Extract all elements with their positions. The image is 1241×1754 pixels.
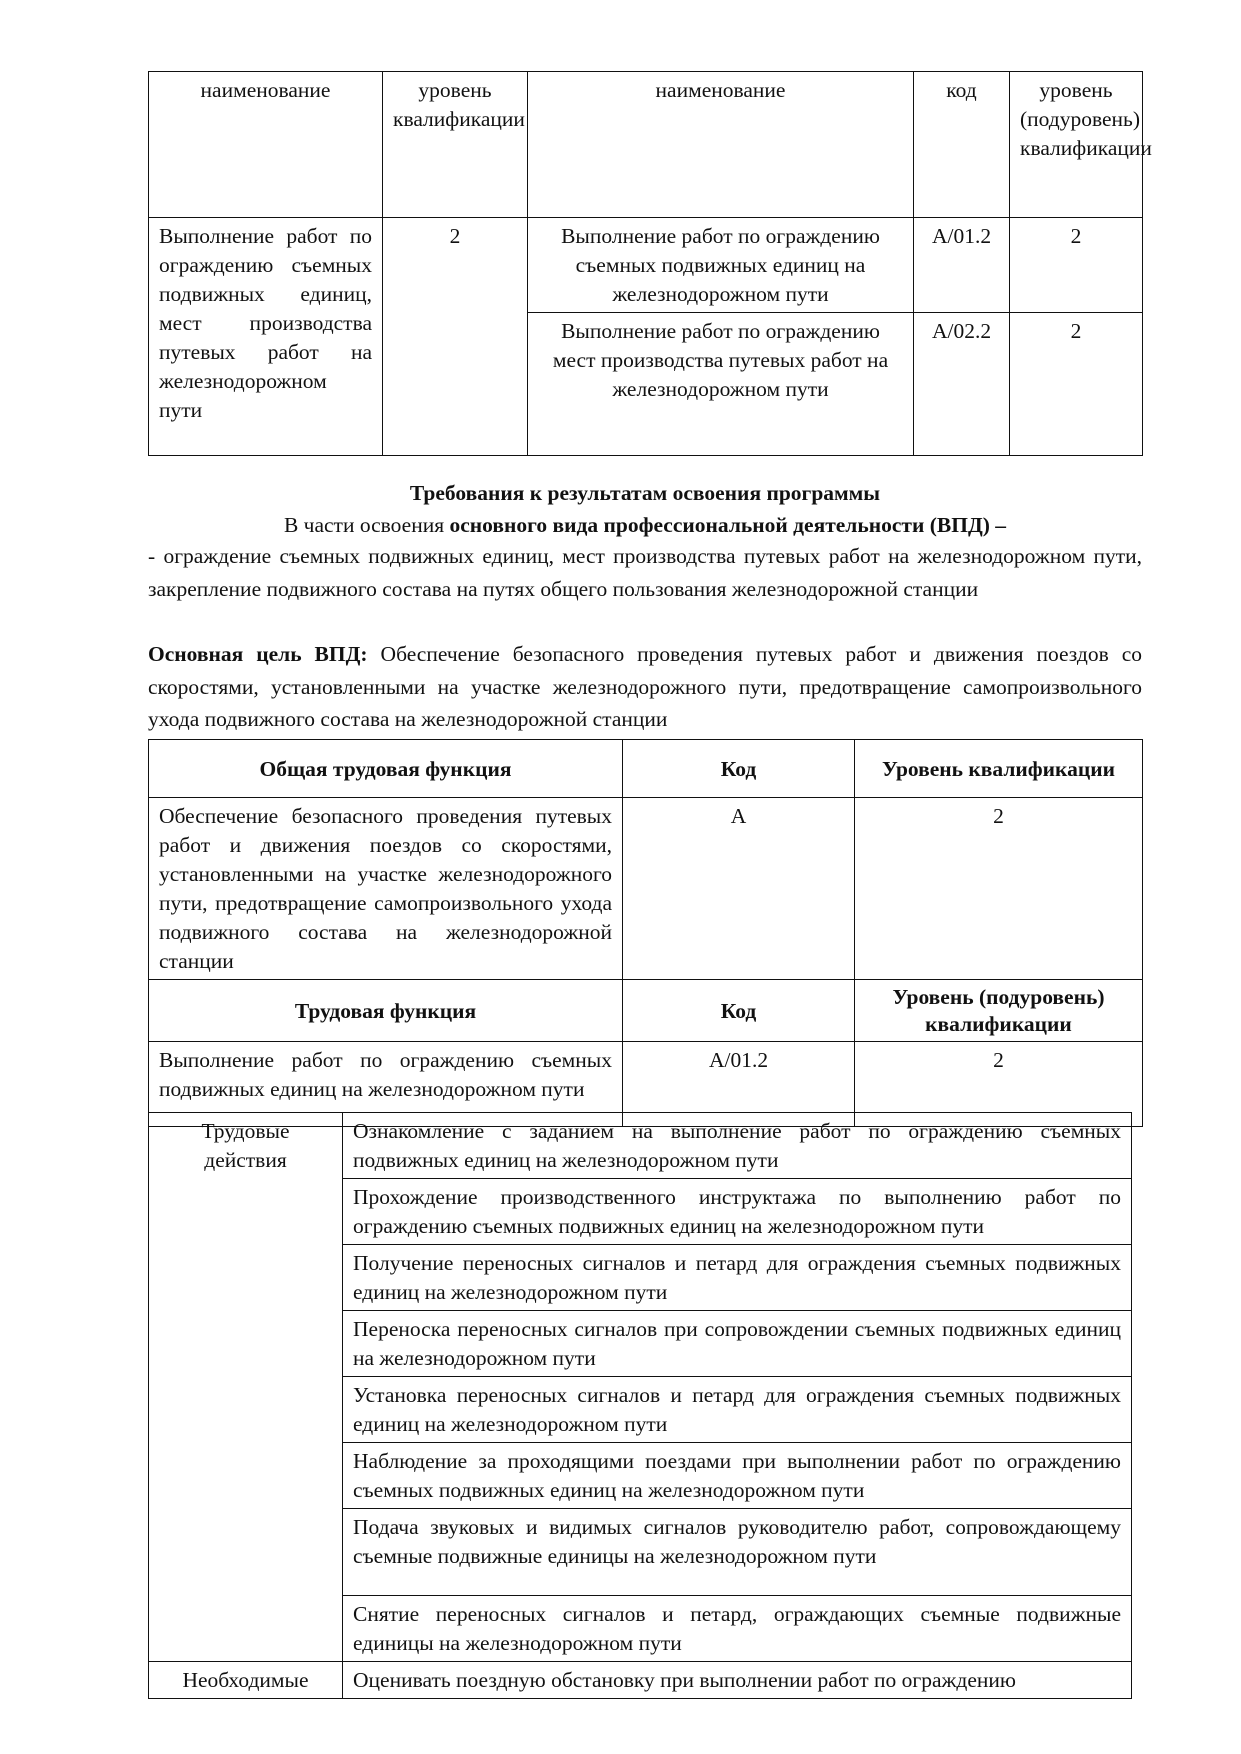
general-function-name: Выполнение работ по ограждению съемных п… xyxy=(149,218,383,456)
header-cell: уровень (подуровень) квалификации xyxy=(1010,72,1143,218)
action-item: Снятие переносных сигналов и петард, огр… xyxy=(343,1596,1132,1662)
table-row: Обеспечение безопасного проведения путев… xyxy=(149,798,1143,980)
action-item: Установка переносных сигналов и петард д… xyxy=(343,1377,1132,1443)
header-cell: код xyxy=(914,72,1010,218)
header-cell: Код xyxy=(623,980,855,1042)
labor-actions-label: Трудовые действия xyxy=(149,1113,343,1662)
qualification-table: наименование уровень квалификации наимен… xyxy=(148,71,1143,456)
goal-label: Основная цель ВПД: xyxy=(148,642,368,666)
general-function-level: 2 xyxy=(383,218,528,456)
function-level: 2 xyxy=(1010,218,1143,313)
action-item: Прохождение производственного инструктаж… xyxy=(343,1179,1132,1245)
skills-label: Необходимые xyxy=(149,1662,343,1699)
action-item: Наблюдение за проходящими поездами при в… xyxy=(343,1443,1132,1509)
header-cell: Общая трудовая функция xyxy=(149,740,623,798)
table-row: Выполнение работ по ограждению съемных п… xyxy=(149,218,1143,313)
action-item: Ознакомление с заданием на выполнение ра… xyxy=(343,1113,1132,1179)
action-item: Переноска переносных сигналов при сопров… xyxy=(343,1311,1132,1377)
header-cell: Код xyxy=(623,740,855,798)
vpd-description: - ограждение съемных подвижных единиц, м… xyxy=(148,540,1142,605)
table-header-row: Общая трудовая функция Код Уровень квали… xyxy=(149,740,1143,798)
table-header-row: наименование уровень квалификации наимен… xyxy=(149,72,1143,218)
vpd-line: В части освоения основного вида професси… xyxy=(148,509,1142,541)
general-function-level: 2 xyxy=(855,798,1143,980)
header-cell: Трудовая функция xyxy=(149,980,623,1042)
goal-paragraph: Основная цель ВПД: Обеспечение безопасно… xyxy=(148,638,1142,736)
document-page: наименование уровень квалификации наимен… xyxy=(0,0,1241,1754)
vpd-bold: основного вида профессиональной деятельн… xyxy=(450,513,1007,537)
general-labor-function: Обеспечение безопасного проведения путев… xyxy=(149,798,623,980)
vpd-prefix: В части освоения xyxy=(284,513,450,537)
header-cell: наименование xyxy=(528,72,914,218)
action-item: Подача звуковых и видимых сигналов руков… xyxy=(343,1509,1132,1596)
function-code: A/02.2 xyxy=(914,313,1010,456)
header-cell: уровень квалификации xyxy=(383,72,528,218)
function-level: 2 xyxy=(1010,313,1143,456)
skill-item: Оценивать поездную обстановку при выполн… xyxy=(343,1662,1132,1699)
function-name: Выполнение работ по ограждению съемных п… xyxy=(528,218,914,313)
function-code: A/01.2 xyxy=(914,218,1010,313)
table-header-row: Трудовая функция Код Уровень (подуровень… xyxy=(149,980,1143,1042)
header-cell: наименование xyxy=(149,72,383,218)
section-title: Требования к результатам освоения програ… xyxy=(148,477,1142,509)
header-cell: Уровень (подуровень) квалификации xyxy=(855,980,1143,1042)
labor-actions-table: Трудовые действия Ознакомление с задание… xyxy=(148,1112,1132,1699)
function-name: Выполнение работ по ограждению мест прои… xyxy=(528,313,914,456)
table-row: Трудовые действия Ознакомление с задание… xyxy=(149,1113,1132,1179)
table-row: Необходимые Оценивать поездную обстановк… xyxy=(149,1662,1132,1699)
labor-function-table: Общая трудовая функция Код Уровень квали… xyxy=(148,739,1143,1127)
general-function-code: А xyxy=(623,798,855,980)
action-item: Получение переносных сигналов и петард д… xyxy=(343,1245,1132,1311)
header-cell: Уровень квалификации xyxy=(855,740,1143,798)
